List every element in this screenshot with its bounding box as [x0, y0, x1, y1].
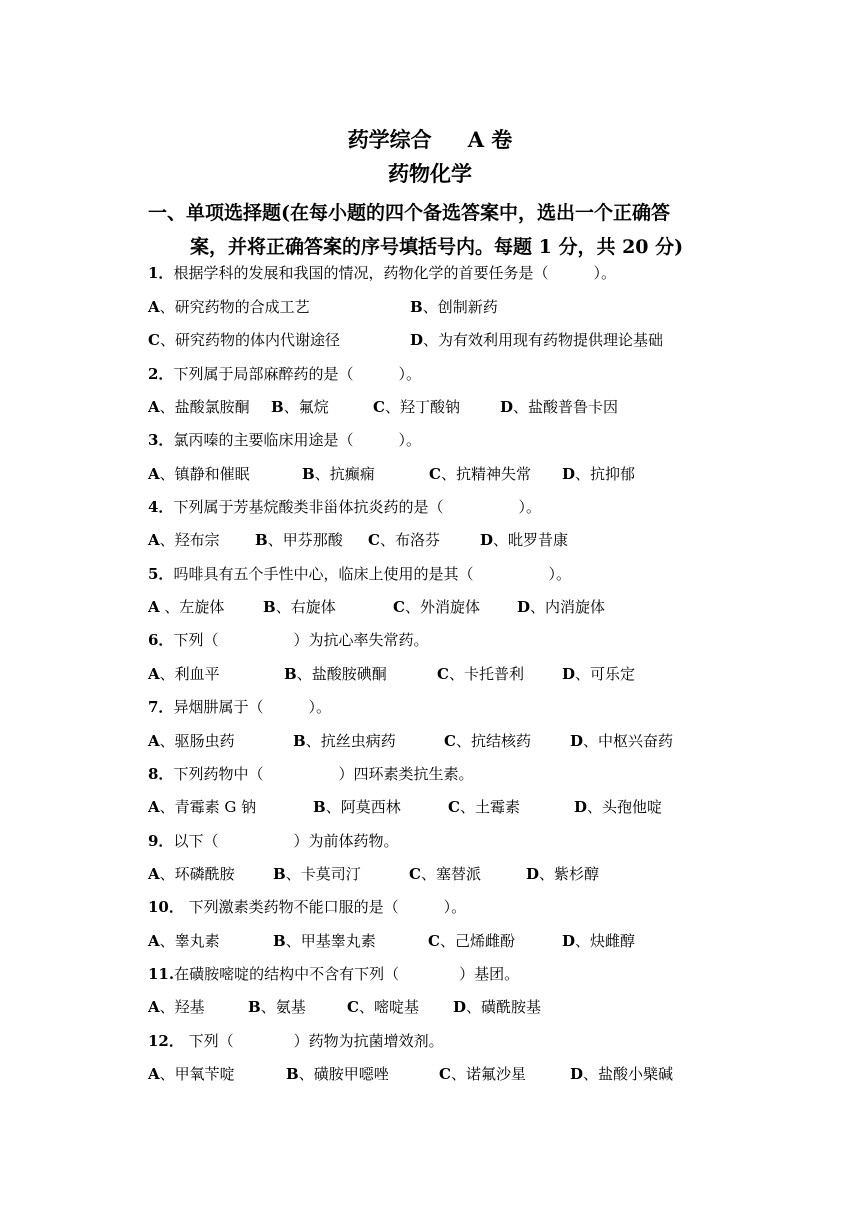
- question-number: 3．: [148, 431, 173, 449]
- section-heading-line1: 一、单项选择题(在每小题的四个备选答案中，选出一个正确答: [148, 202, 670, 224]
- question-11-stem: 11.在磺胺嘧啶的结构中不含有下列（ ）基团。: [148, 964, 519, 984]
- option-b[interactable]: B、磺胺甲噁唑: [286, 1064, 389, 1084]
- option-a[interactable]: A、利血平: [148, 664, 220, 684]
- option-a[interactable]: A、青霉素 G 钠: [148, 797, 256, 817]
- option-d[interactable]: D、磺酰胺基: [453, 997, 541, 1017]
- option-a[interactable]: A、驱肠虫药: [148, 731, 235, 751]
- option-d[interactable]: D、为有效利用现有药物提供理论基础: [410, 330, 663, 350]
- option-b[interactable]: B、甲芬那酸: [255, 530, 343, 550]
- question-3-stem: 3．氯丙嗪的主要临床用途是（ ）。: [148, 430, 421, 450]
- question-6-options: A、利血平 B、盐酸胺碘酮 C、卡托普利 D、可乐定: [148, 664, 748, 684]
- option-c[interactable]: C、己烯雌酚: [428, 931, 515, 951]
- option-d[interactable]: D、中枢兴奋药: [570, 731, 673, 751]
- question-text: 下列药物中（ ）四环素类抗生素。: [173, 765, 473, 783]
- question-6-stem: 6．下列（ ）为抗心率失常药。: [148, 630, 428, 650]
- option-a[interactable]: A、镇静和催眠: [148, 464, 250, 484]
- question-number: 1．: [148, 264, 173, 282]
- option-b[interactable]: B、甲基睾丸素: [273, 931, 376, 951]
- question-10-options: A、睾丸素 B、甲基睾丸素 C、己烯雌酚 D、炔雌醇: [148, 931, 748, 951]
- option-a[interactable]: A、睾丸素: [148, 931, 220, 951]
- question-text: 吗啡具有五个手性中心，临床上使用的是其（ ）。: [173, 565, 571, 583]
- question-number: 8．: [148, 765, 173, 783]
- option-a[interactable]: A、研究药物的合成工艺: [148, 297, 310, 317]
- question-number: 2．: [148, 365, 173, 383]
- question-11-options: A、羟基 B、氨基 C、嘧啶基 D、磺酰胺基: [148, 997, 748, 1017]
- exam-title: 药学综合A 卷: [0, 127, 860, 153]
- question-number: 11.: [148, 965, 174, 983]
- question-text: 以下（ ）为前体药物。: [173, 832, 398, 850]
- option-b[interactable]: B、卡莫司汀: [273, 864, 361, 884]
- option-c[interactable]: C、抗结核药: [444, 731, 531, 751]
- question-12-options: A、甲氧苄啶 B、磺胺甲噁唑 C、诺氟沙星 D、盐酸小檗碱: [148, 1064, 748, 1084]
- question-7-stem: 7．异烟肼属于（ ）。: [148, 697, 331, 717]
- question-1-options-row-1: A、研究药物的合成工艺 B、创制新药: [148, 297, 748, 317]
- question-5-stem: 5．吗啡具有五个手性中心，临床上使用的是其（ ）。: [148, 564, 571, 584]
- option-d[interactable]: D、头孢他啶: [574, 797, 662, 817]
- option-c[interactable]: C、卡托普利: [437, 664, 524, 684]
- option-d[interactable]: D、盐酸小檗碱: [570, 1064, 673, 1084]
- question-text: 下列（ ）药物为抗菌增效剂。: [184, 1032, 444, 1050]
- question-1-stem: 1．根据学科的发展和我国的情况，药物化学的首要任务是（ ）。: [148, 263, 616, 283]
- option-a[interactable]: A、羟布宗: [148, 530, 220, 550]
- question-8-options: A、青霉素 G 钠 B、阿莫西林 C、土霉素 D、头孢他啶: [148, 797, 748, 817]
- question-number: 12．: [148, 1032, 184, 1050]
- option-c[interactable]: C、研究药物的体内代谢途径: [148, 330, 340, 350]
- question-12-stem: 12． 下列（ ）药物为抗菌增效剂。: [148, 1031, 444, 1051]
- option-d[interactable]: D、抗抑郁: [562, 464, 635, 484]
- question-text: 下列属于芳基烷酸类非甾体抗炎药的是（ ）。: [173, 498, 541, 516]
- option-a[interactable]: A 、左旋体: [148, 597, 224, 617]
- option-c[interactable]: C、外消旋体: [393, 597, 480, 617]
- question-text: 下列（ ）为抗心率失常药。: [173, 631, 428, 649]
- question-text: 氯丙嗪的主要临床用途是（ ）。: [173, 431, 421, 449]
- question-2-options: A、盐酸氯胺酮 B、氟烷 C、羟丁酸钠 D、盐酸普鲁卡因: [148, 397, 748, 417]
- question-number: 7．: [148, 698, 173, 716]
- option-b[interactable]: B、盐酸胺碘酮: [284, 664, 387, 684]
- question-text: 在磺胺嘧啶的结构中不含有下列（ ）基团。: [174, 965, 519, 983]
- option-b[interactable]: B、抗丝虫病药: [293, 731, 396, 751]
- question-text: 下列属于局部麻醉药的是（ ）。: [173, 365, 421, 383]
- option-a[interactable]: A、甲氧苄啶: [148, 1064, 235, 1084]
- question-5-options: A 、左旋体 B、右旋体 C、外消旋体 D、内消旋体: [148, 597, 748, 617]
- exam-page: 药学综合A 卷 药物化学 一、单项选择题(在每小题的四个备选答案中，选出一个正确…: [0, 0, 860, 1215]
- option-c[interactable]: C、塞替派: [409, 864, 481, 884]
- option-c[interactable]: C、嘧啶基: [347, 997, 419, 1017]
- question-8-stem: 8．下列药物中（ ）四环素类抗生素。: [148, 764, 473, 784]
- question-number: 10．: [148, 898, 184, 916]
- option-d[interactable]: D、可乐定: [562, 664, 635, 684]
- question-3-options: A、镇静和催眠 B、抗癫痫 C、抗精神失常 D、抗抑郁: [148, 464, 748, 484]
- option-b[interactable]: B、氨基: [248, 997, 306, 1017]
- option-c[interactable]: C、羟丁酸钠: [373, 397, 460, 417]
- exam-title-subject: 药学综合: [348, 127, 432, 152]
- question-4-stem: 4．下列属于芳基烷酸类非甾体抗炎药的是（ ）。: [148, 497, 541, 517]
- section-heading: 一、单项选择题(在每小题的四个备选答案中，选出一个正确答 案，并将正确答案的序号…: [148, 196, 728, 264]
- question-1-options-row-2: C、研究药物的体内代谢途径 D、为有效利用现有药物提供理论基础: [148, 330, 748, 350]
- question-text: 异烟肼属于（ ）。: [173, 698, 331, 716]
- option-b[interactable]: B、阿莫西林: [313, 797, 401, 817]
- option-d[interactable]: D、内消旋体: [517, 597, 605, 617]
- option-c[interactable]: C、诺氟沙星: [439, 1064, 526, 1084]
- question-9-stem: 9．以下（ ）为前体药物。: [148, 831, 398, 851]
- section-heading-line2: 案，并将正确答案的序号填括号内。每题 1 分，共 20 分): [148, 230, 728, 264]
- option-c[interactable]: C、土霉素: [448, 797, 520, 817]
- question-number: 6．: [148, 631, 173, 649]
- option-d[interactable]: D、炔雌醇: [562, 931, 635, 951]
- question-number: 4．: [148, 498, 173, 516]
- option-a[interactable]: A、环磷酰胺: [148, 864, 235, 884]
- question-text: 下列激素类药物不能口服的是（ ）。: [184, 898, 466, 916]
- question-number: 9．: [148, 832, 173, 850]
- option-d[interactable]: D、吡罗昔康: [480, 530, 568, 550]
- option-b[interactable]: B、抗癫痫: [302, 464, 375, 484]
- option-c[interactable]: C、抗精神失常: [429, 464, 531, 484]
- question-7-options: A、驱肠虫药 B、抗丝虫病药 C、抗结核药 D、中枢兴奋药: [148, 731, 748, 751]
- option-a[interactable]: A、羟基: [148, 997, 205, 1017]
- option-d[interactable]: D、紫杉醇: [526, 864, 599, 884]
- question-number: 5．: [148, 565, 173, 583]
- question-2-stem: 2．下列属于局部麻醉药的是（ ）。: [148, 364, 421, 384]
- option-b[interactable]: B、右旋体: [263, 597, 336, 617]
- option-a[interactable]: A、盐酸氯胺酮: [148, 397, 250, 417]
- option-b[interactable]: B、创制新药: [410, 297, 498, 317]
- option-d[interactable]: D、盐酸普鲁卡因: [500, 397, 618, 417]
- option-c[interactable]: C、布洛芬: [368, 530, 440, 550]
- option-b[interactable]: B、氟烷: [271, 397, 329, 417]
- question-text: 根据学科的发展和我国的情况，药物化学的首要任务是（ ）。: [173, 264, 616, 282]
- question-9-options: A、环磷酰胺 B、卡莫司汀 C、塞替派 D、紫杉醇: [148, 864, 748, 884]
- exam-subtitle: 药物化学: [0, 161, 860, 187]
- question-10-stem: 10． 下列激素类药物不能口服的是（ ）。: [148, 897, 466, 917]
- exam-title-paper: A 卷: [468, 127, 513, 152]
- question-4-options: A、羟布宗 B、甲芬那酸 C、布洛芬 D、吡罗昔康: [148, 530, 748, 550]
